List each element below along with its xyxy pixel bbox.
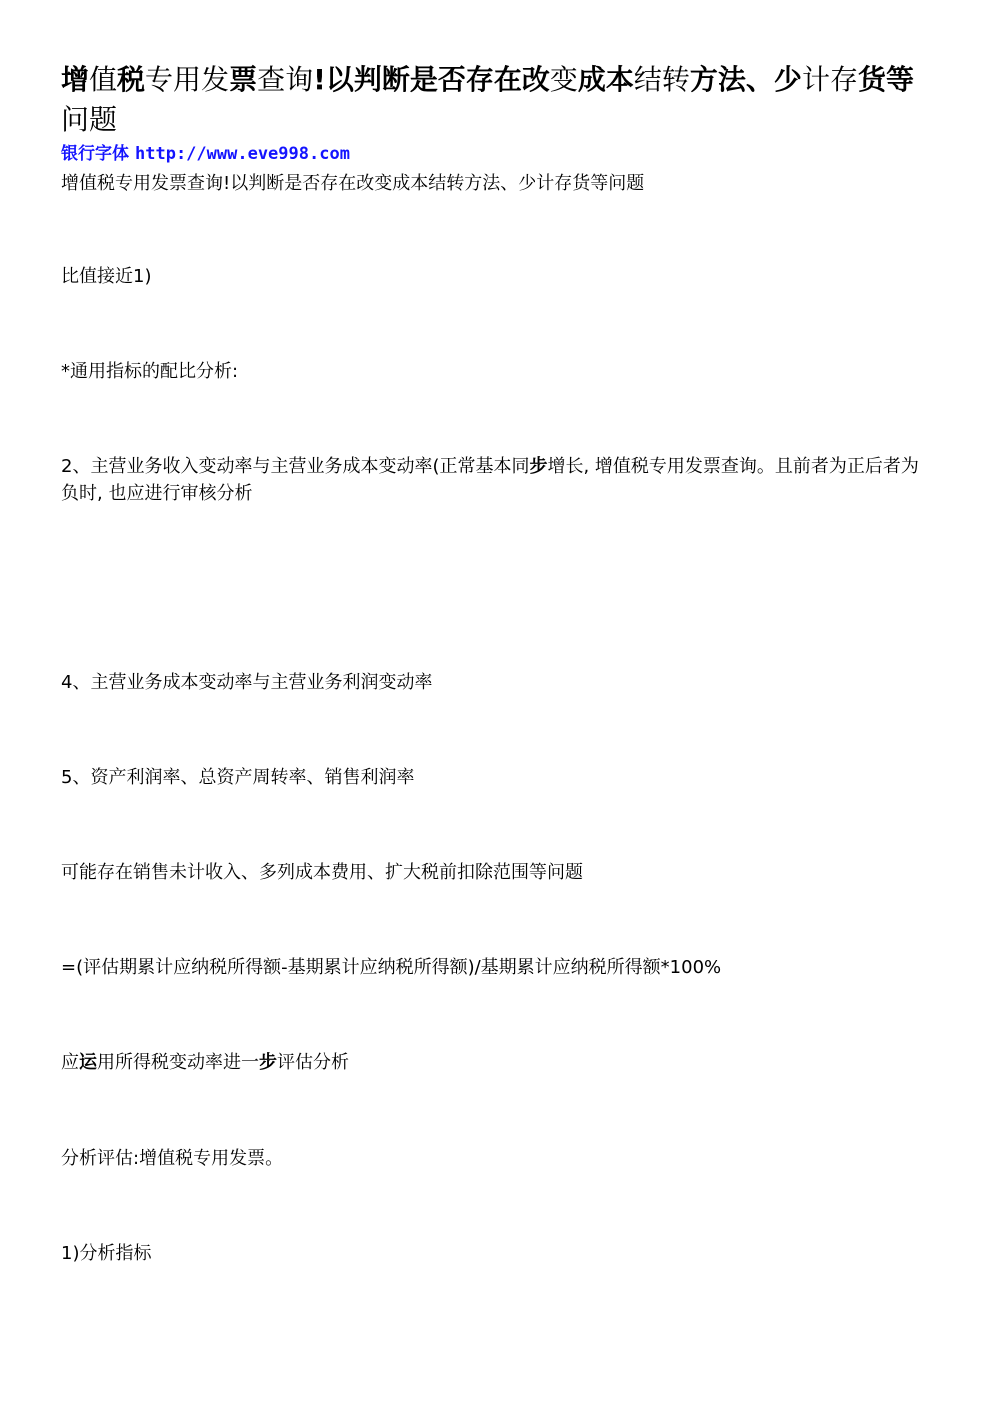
paragraph-text: 比值接近1): [61, 266, 151, 287]
paragraph-text: 运: [79, 1052, 97, 1073]
paragraph: 应运用所得税变动率进一步评估分析: [61, 1049, 931, 1076]
paragraph: =(评估期累计应纳税所得额-基期累计应纳税所得额)/基期累计应纳税所得额*100…: [61, 954, 931, 981]
paragraph-text: 2、主营业务收入变动率与主营业务成本变动率(正常基本同: [61, 456, 529, 477]
paragraph-text: 5、资产利润率、总资产周转率、销售利润率: [61, 767, 414, 788]
paragraph-text: 应: [61, 1052, 79, 1073]
title-segment: 变: [550, 63, 578, 96]
title-segment: 问题: [61, 103, 117, 136]
title-segment: 方法、少: [690, 63, 802, 96]
title-segment: 成本: [578, 63, 634, 96]
title-segment: 货等: [858, 63, 914, 96]
paragraph: 可能存在销售未计收入、多列成本费用、扩大税前扣除范围等问题: [61, 859, 931, 886]
paragraph: 1)分析指标: [61, 1240, 931, 1267]
title-segment: 结转: [634, 63, 690, 96]
source-line: 银行字体http://www.eve998.com: [61, 143, 350, 165]
paragraph-text: 用所得税变动率进一: [97, 1052, 259, 1073]
title-segment: 专用发: [145, 63, 229, 96]
paragraph: 分析评估:增值税专用发票。: [61, 1145, 931, 1172]
title-segment: 票: [229, 63, 257, 96]
paragraph: 增值税专用发票查询!以判断是否存在改变成本结转方法、少计存货等问题: [61, 170, 931, 197]
source-label: 银行字体: [61, 144, 129, 164]
title-segment: 计存: [802, 63, 858, 96]
paragraph: 比值接近1): [61, 263, 931, 290]
paragraph-text: 分析评估:增值税专用发票。: [61, 1148, 283, 1169]
title-segment: 税: [117, 63, 145, 96]
paragraph-text: 1)分析指标: [61, 1243, 151, 1264]
paragraph-text: 4、主营业务成本变动率与主营业务利润变动率: [61, 672, 432, 693]
document-title: 增值税专用发票查询!以判断是否存在改变成本结转方法、少计存货等问题: [61, 60, 931, 140]
paragraph: 2、主营业务收入变动率与主营业务成本变动率(正常基本同步增长, 增值税专用发票查…: [61, 453, 931, 507]
title-segment: 增: [61, 63, 89, 96]
paragraph: 5、资产利润率、总资产周转率、销售利润率: [61, 764, 931, 791]
paragraph-text: 增值税专用发票查询!以判断是否存在改变成本结转方法、少计存货等问题: [61, 173, 644, 194]
paragraph-text: 可能存在销售未计收入、多列成本费用、扩大税前扣除范围等问题: [61, 862, 583, 883]
paragraph-text: =(评估期累计应纳税所得额-基期累计应纳税所得额)/基期累计应纳税所得额*100…: [61, 957, 721, 978]
paragraph-text: 步: [259, 1052, 277, 1073]
paragraph: 4、主营业务成本变动率与主营业务利润变动率: [61, 669, 931, 696]
title-segment: 值: [89, 63, 117, 96]
paragraph-text: *通用指标的配比分析:: [61, 361, 238, 382]
paragraph-text: 步: [529, 456, 547, 477]
paragraph: *通用指标的配比分析:: [61, 358, 931, 385]
title-segment: 查询: [257, 63, 313, 96]
document-page: 增值税专用发票查询!以判断是否存在改变成本结转方法、少计存货等问题 银行字体ht…: [0, 0, 993, 1404]
title-segment: !以判断是否存在改: [313, 63, 550, 96]
source-link[interactable]: http://www.eve998.com: [135, 144, 350, 164]
paragraph-text: 评估分析: [277, 1052, 349, 1073]
